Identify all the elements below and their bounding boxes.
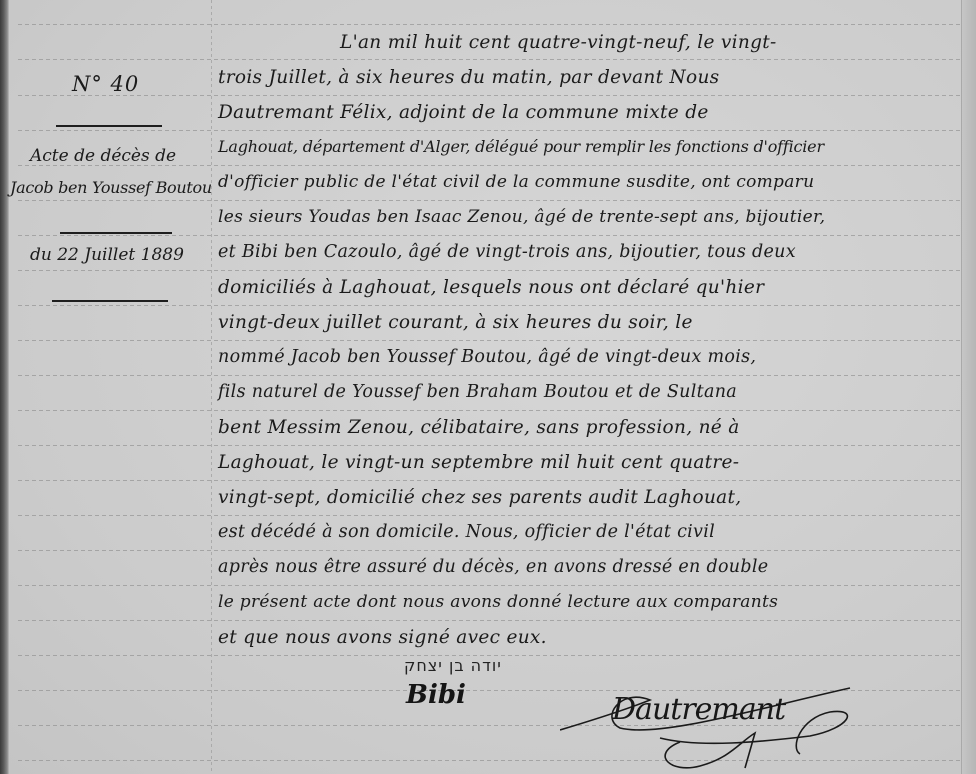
- register-page: N° 40 Acte de décès de Jacob ben Youssef…: [0, 0, 976, 774]
- ruled-line: [18, 24, 960, 25]
- ruled-line: [18, 550, 960, 551]
- body-line-16: après nous être assuré du décès, en avon…: [218, 557, 963, 577]
- body-line-11: fils naturel de Youssef ben Braham Bouto…: [218, 382, 963, 402]
- ruled-line: [18, 235, 960, 236]
- page-right-edge: [961, 0, 976, 774]
- margin-deceased-name: Jacob ben Youssef Boutou: [10, 178, 212, 197]
- ruled-line: [18, 270, 960, 271]
- body-line-17: le présent acte dont nous avons donné le…: [218, 592, 963, 612]
- body-line-9: vingt-deux juillet courant, à six heures…: [218, 312, 963, 333]
- body-line-18: et que nous avons signé avec eux.: [218, 627, 963, 648]
- ruled-line: [18, 410, 960, 411]
- body-line-8: domiciliés à Laghouat, lesquels nous ont…: [218, 277, 963, 298]
- ruled-line: [18, 585, 960, 586]
- body-line-12: bent Messim Zenou, célibataire, sans pro…: [218, 417, 963, 438]
- officer-signature-name: Dautremant: [612, 692, 785, 727]
- ruled-line: [18, 305, 960, 306]
- margin-divider: [60, 232, 172, 234]
- act-number: N° 40: [72, 72, 139, 96]
- margin-date: du 22 Juillet 1889: [30, 245, 184, 265]
- body-line-5: d'officier public de l'état civil de la …: [218, 172, 963, 192]
- body-line-15: est décédé à son domicile. Nous, officie…: [218, 522, 963, 542]
- body-line-13: Laghouat, le vingt-un septembre mil huit…: [218, 452, 963, 473]
- margin-act-title: Acte de décès de: [30, 146, 176, 166]
- margin-divider: [52, 300, 168, 302]
- ruled-line: [18, 375, 960, 376]
- hebrew-signature: יודה בן יצחק: [404, 656, 502, 675]
- ruled-line: [18, 59, 960, 60]
- officer-signature: Dautremant: [560, 678, 860, 770]
- ruled-line: [18, 480, 960, 481]
- margin-rule: [211, 0, 212, 774]
- body-line-10: nommé Jacob ben Youssef Boutou, âgé de v…: [218, 347, 963, 367]
- book-binding-edge: [0, 0, 9, 774]
- body-line-7: et Bibi ben Cazoulo, âgé de vingt-trois …: [218, 242, 963, 262]
- ruled-line: [18, 95, 960, 96]
- body-line-14: vingt-sept, domicilié chez ses parents a…: [218, 487, 963, 508]
- witness-signature: Bibi: [406, 680, 466, 710]
- ruled-line: [18, 130, 960, 131]
- ruled-line: [18, 340, 960, 341]
- body-line-3: Dautremant Félix, adjoint de la commune …: [218, 102, 963, 123]
- body-line-6: les sieurs Youdas ben Isaac Zenou, âgé d…: [218, 207, 963, 227]
- body-line-2: trois Juillet, à six heures du matin, pa…: [218, 67, 963, 88]
- ruled-line: [18, 515, 960, 516]
- body-line-1: L'an mil huit cent quatre-vingt-neuf, le…: [340, 32, 940, 53]
- margin-divider: [56, 125, 162, 127]
- ruled-line: [18, 445, 960, 446]
- ruled-line: [18, 620, 960, 621]
- body-line-4: Laghouat, département d'Alger, délégué p…: [218, 137, 963, 156]
- ruled-line: [18, 200, 960, 201]
